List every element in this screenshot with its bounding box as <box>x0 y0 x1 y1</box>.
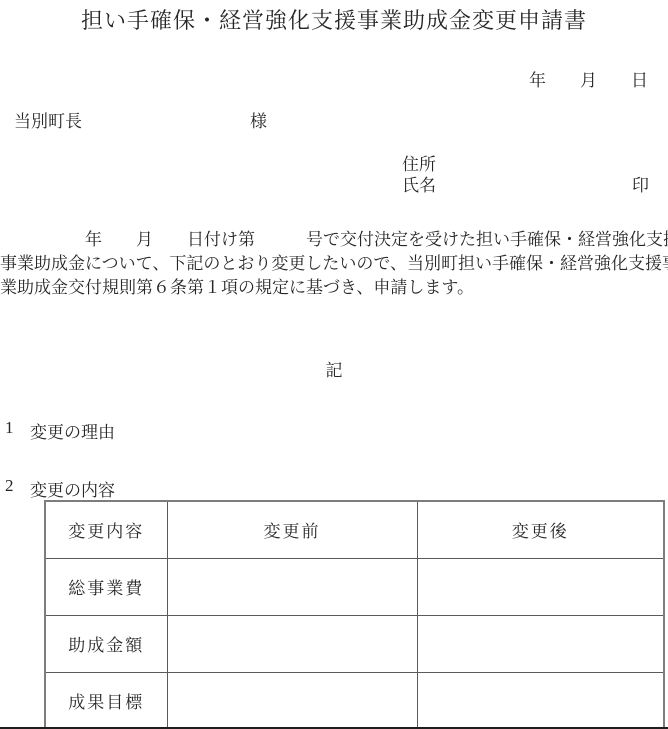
row-total-cost-after <box>417 558 664 615</box>
row-outcome-goal-after <box>417 672 664 729</box>
body-paragraph: 年 月 日付け第 号で交付決定を受けた担い手確保・経営強化支援 事業助成金につい… <box>0 228 668 300</box>
applicant-name-label: 氏名 <box>402 171 436 196</box>
table-row: 成果目標 <box>45 672 664 729</box>
row-outcome-goal-before <box>167 672 417 729</box>
item-2-label: 変更の内容 <box>30 476 115 501</box>
row-subsidy-amount-before <box>167 615 417 672</box>
document-page: 担い手確保・経営強化支援事業助成金変更申請書 年 月 日 当別町長 様 住所 氏… <box>0 0 668 729</box>
body-line-1: 年 月 日付け第 号で交付決定を受けた担い手確保・経営強化支援 <box>0 228 668 252</box>
header-before-change: 変更前 <box>167 501 417 558</box>
row-outcome-goal-label: 成果目標 <box>45 672 167 729</box>
row-subsidy-amount-after <box>417 615 664 672</box>
body-line-2: 事業助成金について、下記のとおり変更したいので、当別町担い手確保・経営強化支援事 <box>0 252 668 276</box>
row-total-cost-before <box>167 558 417 615</box>
item-1-label: 変更の理由 <box>30 418 115 443</box>
addressee-honorific: 様 <box>250 107 267 132</box>
row-subsidy-amount-label: 助成金額 <box>45 615 167 672</box>
row-total-cost-label: 総事業費 <box>45 558 167 615</box>
change-table: 変更内容 変更前 変更後 総事業費 助成金額 成果目標 <box>44 500 665 729</box>
date-line: 年 月 日 <box>529 66 648 91</box>
table-row: 助成金額 <box>45 615 664 672</box>
item-1-number: 1 <box>5 418 14 438</box>
addressee-name: 当別町長 <box>14 107 82 132</box>
document-title: 担い手確保・経営強化支援事業助成金変更申請書 <box>0 4 668 35</box>
seal-label: 印 <box>632 171 649 196</box>
body-line-3: 業助成金交付規則第６条第１項の規定に基づき、申請します。 <box>0 276 668 300</box>
ki-marker: 記 <box>0 356 668 381</box>
table-row: 総事業費 <box>45 558 664 615</box>
header-after-change: 変更後 <box>417 501 664 558</box>
header-change-item: 変更内容 <box>45 501 167 558</box>
item-2-number: 2 <box>5 476 14 496</box>
table-header-row: 変更内容 変更前 変更後 <box>45 501 664 558</box>
